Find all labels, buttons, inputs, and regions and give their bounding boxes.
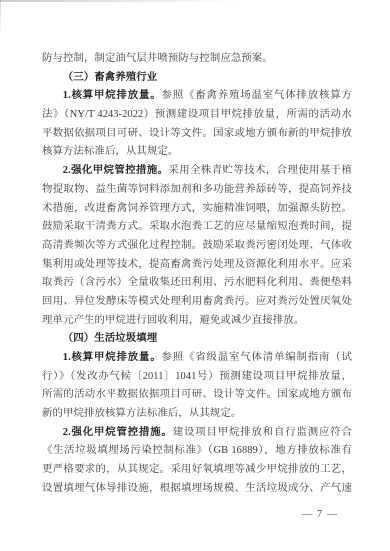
document-line: 理单元产生的甲烷进行回收利用，避免或减少直接排放。 bbox=[42, 312, 352, 331]
document-line: 鼓励采取干清粪方式。采取水泡粪工艺的应尽量缩短泡粪时间，提 bbox=[42, 218, 352, 237]
document-line: 回用、异位发酵床等模式处理利用畜禽粪污。应对粪污处置厌氧处 bbox=[42, 293, 352, 312]
document-line: 核算方法标准后，从其规定。 bbox=[42, 143, 352, 162]
line-text: 高清粪频次等方式强化过程控制。鼓励采取粪污密闭处理、气体收 bbox=[42, 240, 352, 251]
line-text: 取粪污（含污水）全量收集还田利用、污水肥料化利用、粪便垫料 bbox=[42, 277, 352, 288]
line-text: 行）》（发改办气候〔2011〕1041号）预测建设项目甲烷排放量， bbox=[42, 371, 352, 382]
document-line: 1.核算甲烷排放量。参照《畜禽养殖场温室气体排放核算方 bbox=[42, 87, 352, 106]
bold-lead-text: 2.强化甲烷管控措施。 bbox=[63, 427, 173, 438]
document-line: 行）》（发改办气候〔2011〕1041号）预测建设项目甲烷排放量， bbox=[42, 368, 352, 387]
line-text: 法》（NY/T 4243-2022）预测建设项目甲烷排放量，所需的活动水 bbox=[42, 109, 352, 120]
line-text: 参照《畜禽养殖场温室气体排放核算方 bbox=[162, 90, 352, 101]
line-text: 更严格要求的，从其规定。采用好氧填埋等减少甲烷排放的工艺， bbox=[42, 464, 352, 475]
document-line: 2.强化甲烷管控措施。建设项目甲烷排放和自行监测应符合 bbox=[42, 424, 352, 443]
bold-lead-text: 1.核算甲烷排放量。 bbox=[63, 90, 162, 101]
line-text: 采用全株青贮等技术，合理使用基于植 bbox=[168, 165, 352, 176]
document-line: 物提取物、益生菌等饲料添加剂和多功能营养舔砖等，提高饲养技 bbox=[42, 181, 352, 200]
document-line: 防与控制，制定油气层井喷预防与控制应急预案。 bbox=[42, 50, 352, 69]
document-line: 1.核算甲烷排放量。参照《省级温室气体清单编制指南（试 bbox=[42, 349, 352, 368]
document-line: 所需的活动水平数据依据项目可研、设计等文件。国家或地方颁布 bbox=[42, 386, 352, 405]
line-text: 回用、异位发酵床等模式处理利用畜禽粪污。应对粪污处置厌氧处 bbox=[42, 296, 352, 307]
bold-lead-text: （四）生活垃圾填埋 bbox=[63, 333, 157, 344]
document-line: 《生活垃圾填埋场污染控制标准》（GB 16889），地方排放标准有 bbox=[42, 442, 352, 461]
line-text: 所需的活动水平数据依据项目可研、设计等文件。国家或地方颁布 bbox=[42, 389, 352, 400]
line-text: 鼓励采取干清粪方式。采取水泡粪工艺的应尽量缩短泡粪时间，提 bbox=[42, 221, 352, 232]
scan-edge-artifact-left bbox=[0, 0, 1, 36]
document-line: 更严格要求的，从其规定。采用好氧填埋等减少甲烷排放的工艺， bbox=[42, 461, 352, 480]
document-line: 集利用或处理等技术，提高畜禽粪污处理及资源化利用水平。应采 bbox=[42, 256, 352, 275]
bold-lead-text: 2.强化甲烷管控措施。 bbox=[63, 165, 169, 176]
line-text: 核算方法标准后，从其规定。 bbox=[42, 146, 178, 157]
line-text: 防与控制，制定油气层井喷预防与控制应急预案。 bbox=[42, 53, 273, 64]
document-line: 新的甲烷排放核算方法标准后，从其规定。 bbox=[42, 405, 352, 424]
bold-lead-text: 1.核算甲烷排放量。 bbox=[63, 352, 162, 363]
line-text: 建设项目甲烷排放和自行监测应符合 bbox=[173, 427, 352, 438]
document-line: 设置填埋气体导排设施，根据填埋场规模、生活垃圾成分、产气速 bbox=[42, 480, 352, 499]
line-text: 设置填埋气体导排设施，根据填埋场规模、生活垃圾成分、产气速 bbox=[42, 483, 352, 494]
line-text: 集利用或处理等技术，提高畜禽粪污处理及资源化利用水平。应采 bbox=[42, 259, 352, 270]
section-heading-3: （三）畜禽养殖行业 bbox=[42, 69, 352, 88]
line-text: 理单元产生的甲烷进行回收利用，避免或减少直接排放。 bbox=[42, 315, 304, 326]
document-page: 防与控制，制定油气层井喷预防与控制应急预案。（三）畜禽养殖行业1.核算甲烷排放量… bbox=[0, 0, 390, 551]
document-line: 取粪污（含污水）全量收集还田利用、污水肥料化利用、粪便垫料 bbox=[42, 274, 352, 293]
line-text: 参照《省级温室气体清单编制指南（试 bbox=[162, 352, 352, 363]
line-text: 术措施，改进畜禽饲养管理方式，实施精准饲喂，加强源头防控。 bbox=[42, 203, 352, 214]
line-text: 平数据依据项目可研、设计等文件。国家或地方颁布新的甲烷排放 bbox=[42, 128, 352, 139]
document-line: 高清粪频次等方式强化过程控制。鼓励采取粪污密闭处理、气体收 bbox=[42, 237, 352, 256]
document-body: 防与控制，制定油气层井喷预防与控制应急预案。（三）畜禽养殖行业1.核算甲烷排放量… bbox=[42, 50, 352, 499]
document-line: 法》（NY/T 4243-2022）预测建设项目甲烷排放量，所需的活动水 bbox=[42, 106, 352, 125]
scan-edge-artifact-top bbox=[0, 0, 240, 2]
document-line: 术措施，改进畜禽饲养管理方式，实施精准饲喂，加强源头防控。 bbox=[42, 200, 352, 219]
bold-lead-text: （三）畜禽养殖行业 bbox=[63, 72, 157, 83]
page-number: — 7 — bbox=[290, 508, 350, 522]
document-line: 2.强化甲烷管控措施。采用全株青贮等技术，合理使用基于植 bbox=[42, 162, 352, 181]
line-text: 物提取物、益生菌等饲料添加剂和多功能营养舔砖等，提高饲养技 bbox=[42, 184, 352, 195]
section-heading-4: （四）生活垃圾填埋 bbox=[42, 330, 352, 349]
line-text: 新的甲烷排放核算方法标准后，从其规定。 bbox=[42, 408, 241, 419]
document-line: 平数据依据项目可研、设计等文件。国家或地方颁布新的甲烷排放 bbox=[42, 125, 352, 144]
line-text: 《生活垃圾填埋场污染控制标准》（GB 16889），地方排放标准有 bbox=[42, 445, 352, 456]
